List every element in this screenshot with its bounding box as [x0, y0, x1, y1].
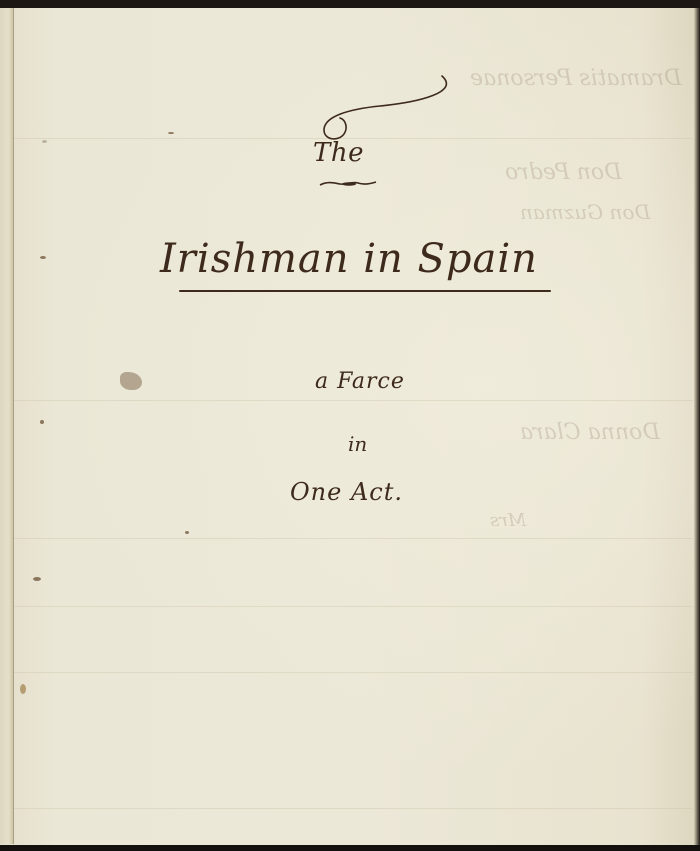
bleed-through-text: Dramatis Personae [470, 66, 682, 91]
paper-spot [40, 256, 46, 259]
paper-rule-line [14, 808, 693, 809]
ink-stain [120, 372, 142, 390]
bleed-through-text: Donna Clara [520, 420, 660, 445]
paper-rule-line [14, 606, 693, 607]
title-underline [179, 290, 551, 292]
page-bottom-edge [0, 845, 700, 851]
subtitle-in: in [348, 432, 367, 456]
paper-spot [168, 132, 174, 134]
title-main: Irishman in Spain [160, 236, 538, 282]
ornamental-rule-icon [318, 178, 378, 190]
bleed-through-text: Don Guzman [520, 200, 650, 224]
bleed-through-text: Mrs [490, 510, 526, 531]
paper-spot [20, 684, 26, 694]
title-the: The [313, 138, 364, 168]
paper-spot [40, 420, 44, 424]
page-right-edge [694, 8, 700, 846]
paper-rule-line [14, 400, 693, 401]
subtitle-one-act: One Act. [290, 478, 403, 506]
paper-spot [42, 140, 47, 143]
binding-strip [0, 8, 14, 844]
paper-rule-line [14, 538, 693, 539]
paper-spot [185, 531, 189, 534]
paper-rule-line [14, 672, 693, 673]
binding-fold-line [13, 8, 14, 844]
subtitle-farce: a Farce [315, 369, 405, 394]
paper-spot [33, 577, 41, 581]
bleed-through-text: Don Pedro [505, 160, 622, 185]
